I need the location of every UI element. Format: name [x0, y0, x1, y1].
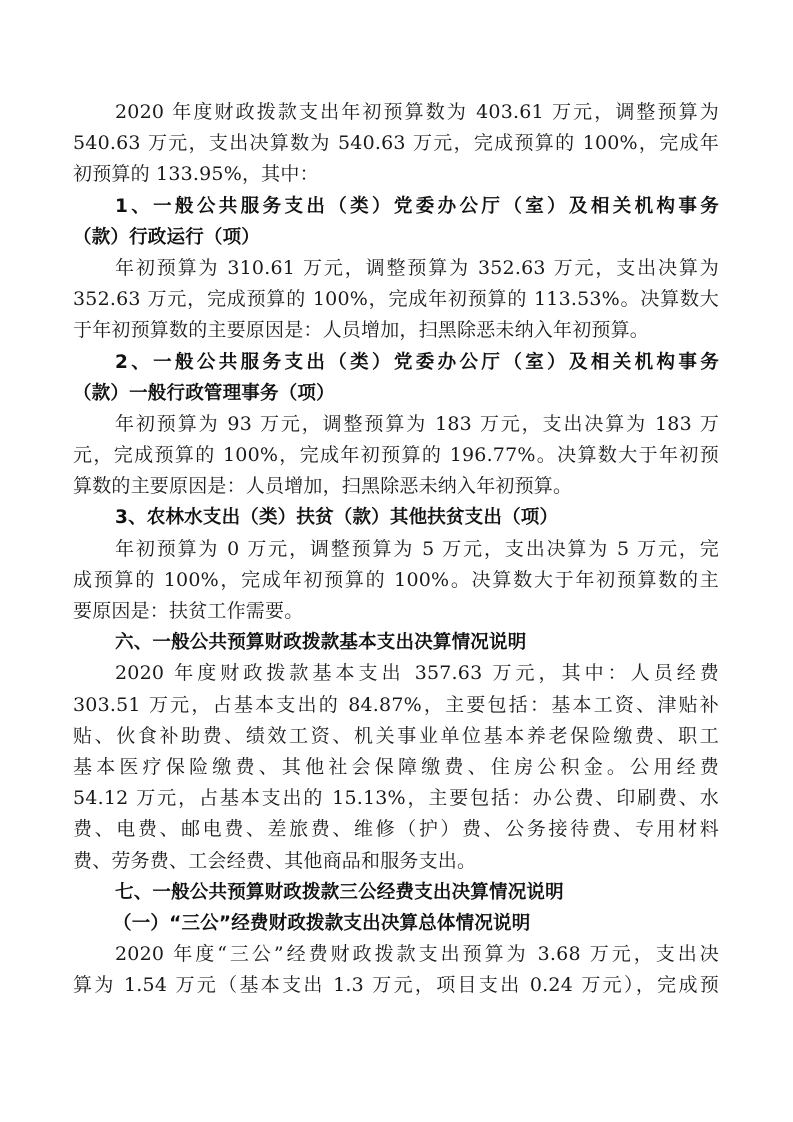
paragraph-item-1: 年初预算为 310.61 万元，调整预算为 352.63 万元，支出决算为 35… [73, 253, 719, 347]
section-heading-6: 六、一般公共预算财政拨款基本支出决算情况说明 [73, 627, 719, 658]
text-line: 2020 年度财政拨款基本支出 357.63 万元，其中：人员经费 [73, 658, 719, 689]
text-line: 初预算的 133.95%，其中： [73, 159, 719, 190]
heading-item-3: 3、农林水支出（类）扶贫（款）其他扶贫支出（项） [73, 502, 719, 533]
text-line: 基本医疗保险缴费、其他社会保障缴费、住房公积金。公用经费 [73, 752, 719, 783]
text-line: 费、电费、邮电费、差旅费、维修（护）费、公务接待费、专用材料 [73, 814, 719, 845]
heading-line: 3、农林水支出（类）扶贫（款）其他扶贫支出（项） [73, 502, 719, 533]
subsection-heading-1: （一）“三公”经费财政拨款支出决算总体情况说明 [73, 908, 719, 939]
text-line: 年初预算为 0 万元，调整预算为 5 万元，支出决算为 5 万元，完 [73, 534, 719, 565]
text-line: 成预算的 100%，完成年初预算的 100%。决算数大于年初预算数的主 [73, 565, 719, 596]
text-line: 540.63 万元，支出决算数为 540.63 万元，完成预算的 100%，完成… [73, 128, 719, 159]
text-line: 年初预算为 93 万元，调整预算为 183 万元，支出决算为 183 万 [73, 409, 719, 440]
text-line: 2020 年度财政拨款支出年初预算数为 403.61 万元，调整预算为 [73, 97, 719, 128]
paragraph-item-2: 年初预算为 93 万元，调整预算为 183 万元，支出决算为 183 万 元，完… [73, 409, 719, 503]
text-line: 算数的主要原因是：人员增加，扫黑除恶未纳入年初预算。 [73, 471, 719, 502]
section-heading-7: 七、一般公共预算财政拨款三公经费支出决算情况说明 [73, 877, 719, 908]
section-title: 六、一般公共预算财政拨款基本支出决算情况说明 [73, 627, 719, 658]
text-line: 费、劳务费、工会经费、其他商品和服务支出。 [73, 846, 719, 877]
text-line: 2020 年度“三公”经费财政拨款支出预算为 3.68 万元，支出决 [73, 939, 719, 970]
text-line: 年初预算为 310.61 万元，调整预算为 352.63 万元，支出决算为 [73, 253, 719, 284]
heading-item-2: 2、一般公共服务支出（类）党委办公厅（室）及相关机构事务 （款）一般行政管理事务… [73, 347, 719, 409]
section-title: 七、一般公共预算财政拨款三公经费支出决算情况说明 [73, 877, 719, 908]
heading-line: 2、一般公共服务支出（类）党委办公厅（室）及相关机构事务 [73, 347, 719, 378]
text-line: 54.12 万元，占基本支出的 15.13%，主要包括：办公费、印刷费、水 [73, 783, 719, 814]
text-line: 303.51 万元，占基本支出的 84.87%，主要包括：基本工资、津贴补 [73, 690, 719, 721]
text-line: 贴、伙食补助费、绩效工资、机关事业单位基本养老保险缴费、职工 [73, 721, 719, 752]
text-line: 要原因是：扶贫工作需要。 [73, 596, 719, 627]
heading-line: 1、一般公共服务支出（类）党委办公厅（室）及相关机构事务 [73, 191, 719, 222]
text-line: 352.63 万元，完成预算的 100%，完成年初预算的 113.53%。决算数… [73, 284, 719, 315]
text-line: 元，完成预算的 100%，完成年初预算的 196.77%。决算数大于年初预 [73, 440, 719, 471]
text-line: 算为 1.54 万元（基本支出 1.3 万元，项目支出 0.24 万元），完成预 [73, 970, 719, 1001]
heading-line: （款）一般行政管理事务（项） [73, 378, 719, 409]
paragraph-intro: 2020 年度财政拨款支出年初预算数为 403.61 万元，调整预算为 540.… [73, 97, 719, 191]
text-line: 于年初预算数的主要原因是：人员增加，扫黑除恶未纳入年初预算。 [73, 315, 719, 346]
paragraph-basic-expenditure: 2020 年度财政拨款基本支出 357.63 万元，其中：人员经费 303.51… [73, 658, 719, 876]
subsection-title: （一）“三公”经费财政拨款支出决算总体情况说明 [73, 908, 719, 939]
paragraph-item-3: 年初预算为 0 万元，调整预算为 5 万元，支出决算为 5 万元，完 成预算的 … [73, 534, 719, 628]
paragraph-three-public-expenses: 2020 年度“三公”经费财政拨款支出预算为 3.68 万元，支出决 算为 1.… [73, 939, 719, 1001]
heading-item-1: 1、一般公共服务支出（类）党委办公厅（室）及相关机构事务 （款）行政运行（项） [73, 191, 719, 253]
document-page: 2020 年度财政拨款支出年初预算数为 403.61 万元，调整预算为 540.… [73, 97, 719, 1001]
heading-line: （款）行政运行（项） [73, 222, 719, 253]
